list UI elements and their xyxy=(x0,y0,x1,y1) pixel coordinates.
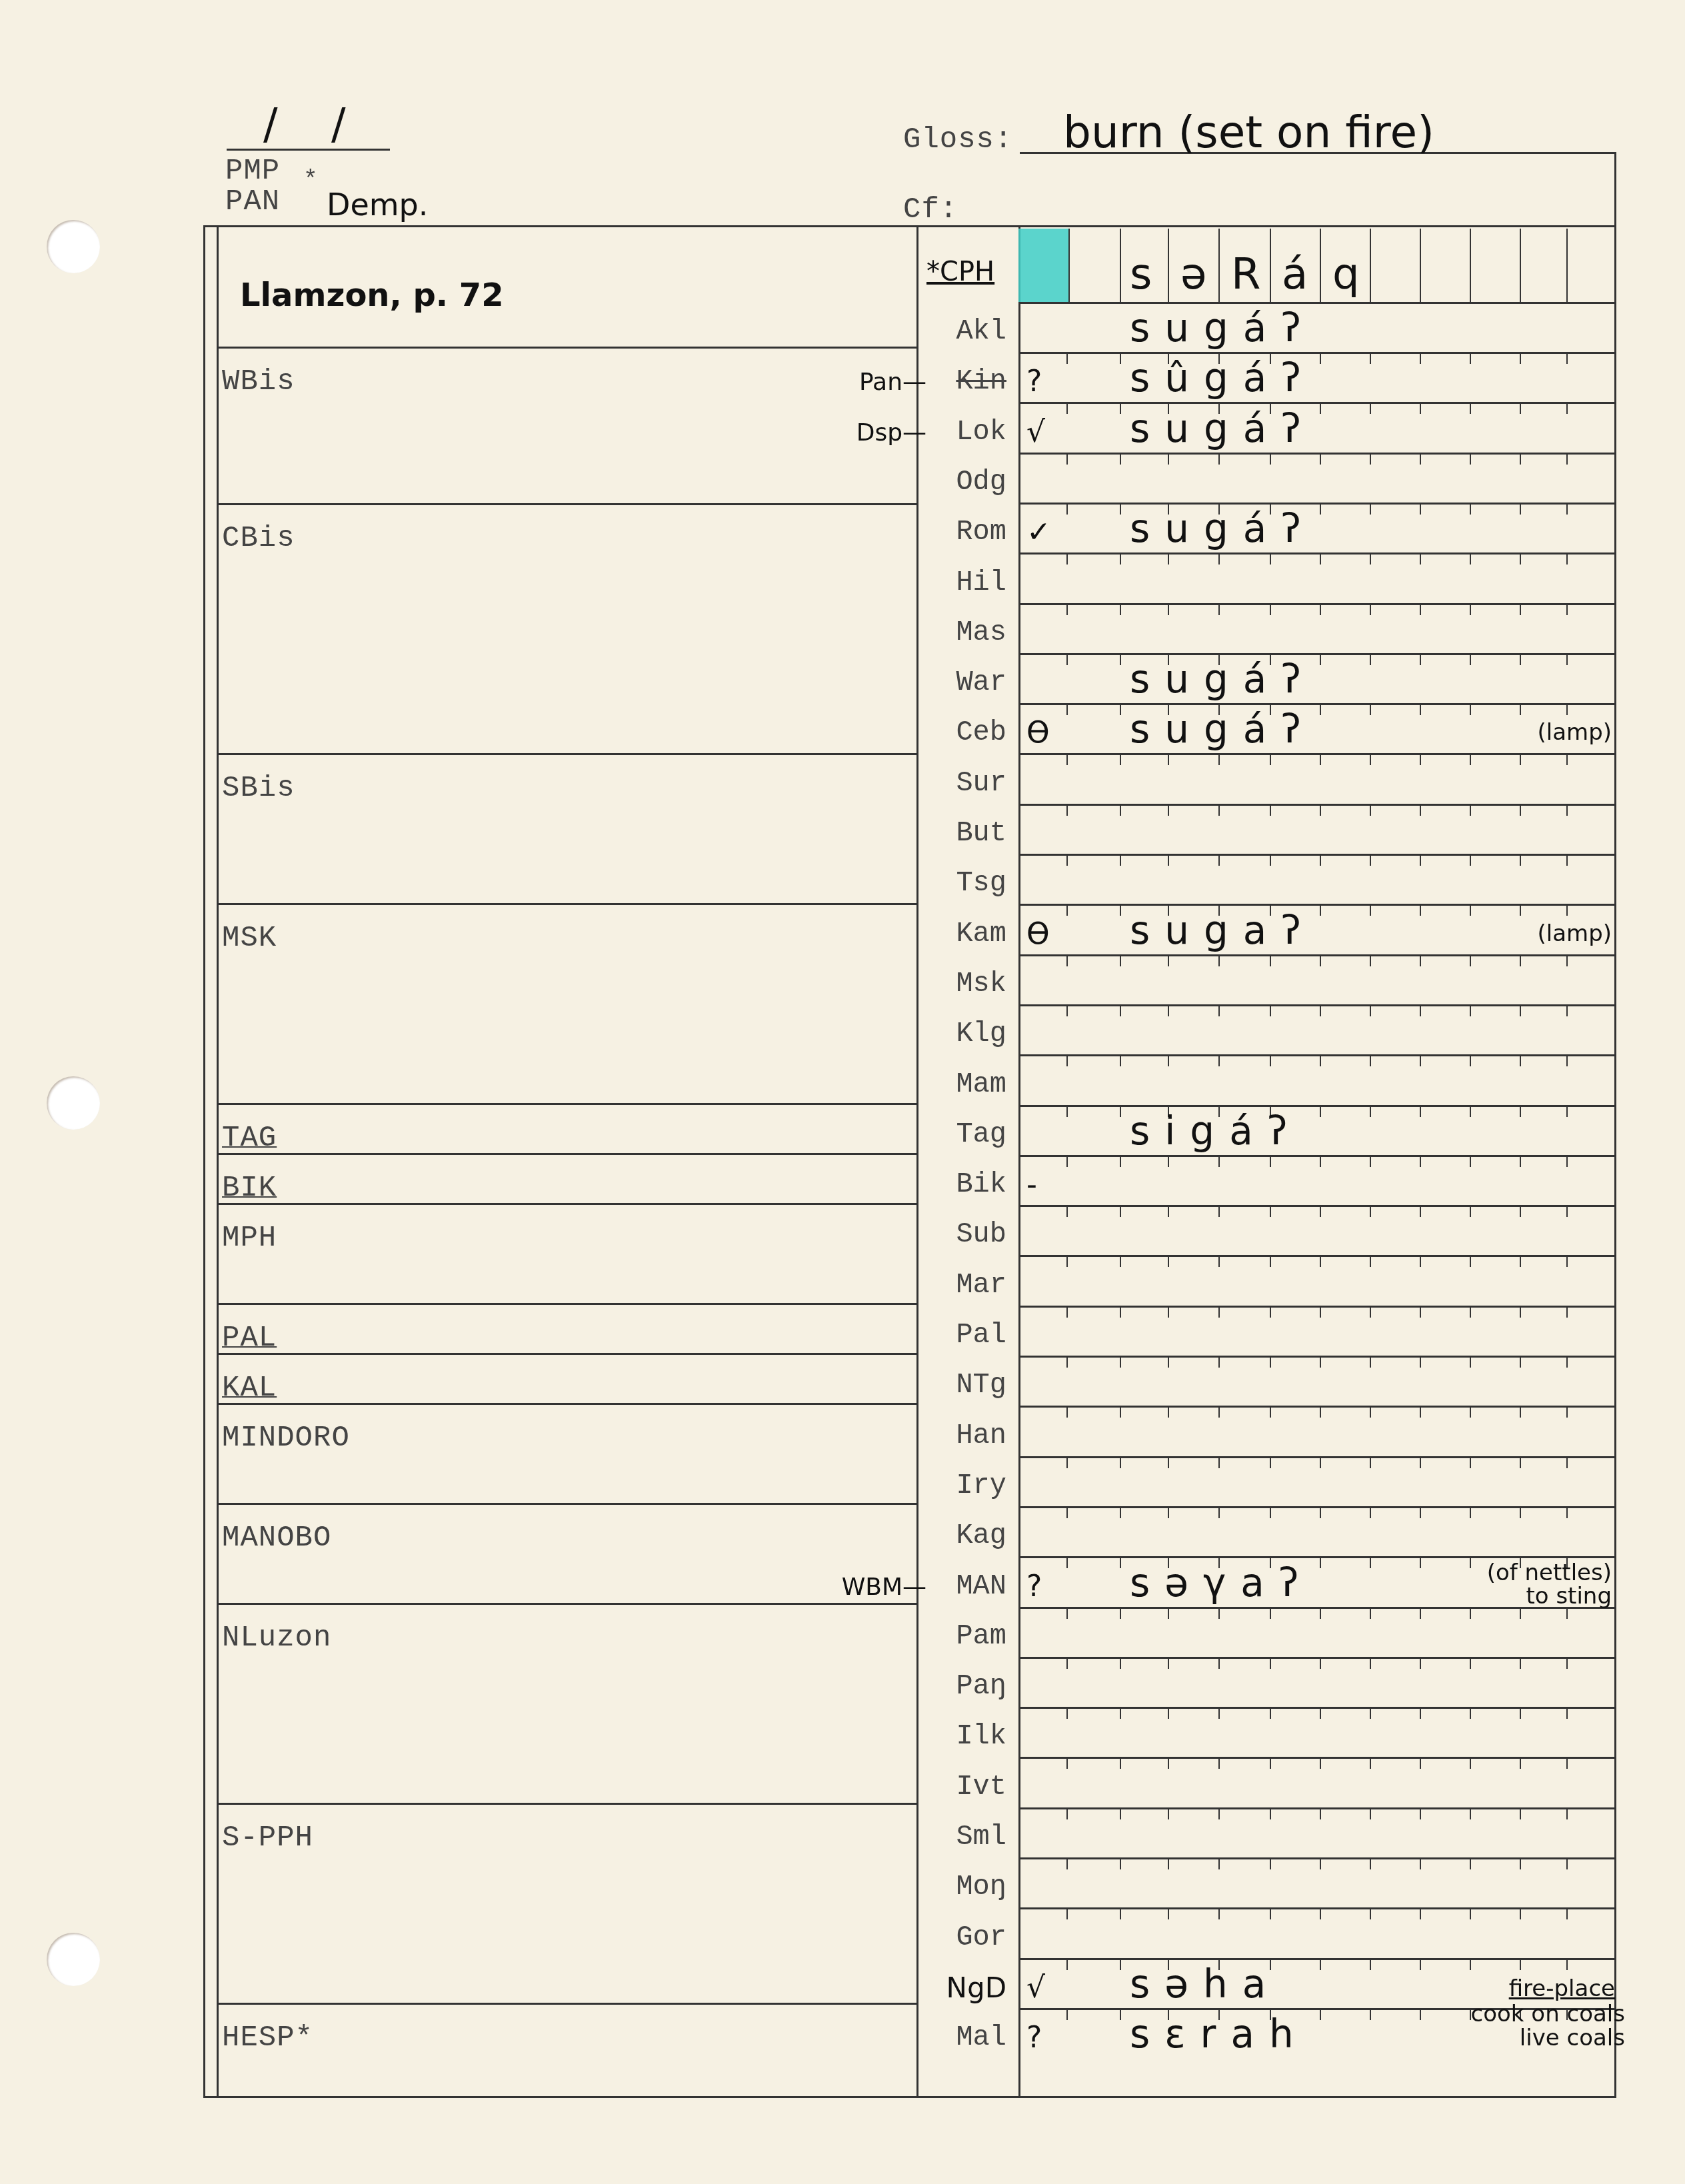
cf-label: Cf: xyxy=(903,193,958,227)
lang-row-line xyxy=(1018,1306,1616,1308)
lang-row-line xyxy=(1018,1707,1616,1709)
grid-tick xyxy=(1218,1458,1220,1468)
lang-form: sɛrah xyxy=(1130,2011,1308,2057)
grid-tick xyxy=(1520,1859,1521,1869)
grid-tick xyxy=(1218,1357,1220,1368)
grid-tick xyxy=(1420,855,1421,866)
grid-tick xyxy=(1420,1256,1421,1267)
grid-tick xyxy=(1420,504,1421,515)
cph-cell-divider xyxy=(1218,229,1220,302)
grid-tick xyxy=(1218,454,1220,465)
region-divider-line xyxy=(217,2003,916,2005)
lang-side-note: Dsp— xyxy=(856,419,926,447)
grid-tick xyxy=(1120,1859,1121,1869)
grid-tick xyxy=(1320,1959,1321,1970)
grid-tick xyxy=(1470,654,1471,665)
grid-tick xyxy=(1066,1708,1068,1719)
lang-code-tsg: Tsg xyxy=(921,867,1006,899)
lang-code-tag: Tag xyxy=(921,1118,1006,1150)
grid-tick xyxy=(1520,1809,1521,1819)
grid-tick xyxy=(1168,1508,1169,1518)
cph-cell-divider xyxy=(1520,229,1521,302)
grid-tick xyxy=(1320,654,1321,665)
grid-tick xyxy=(1420,454,1421,465)
grid-tick xyxy=(1066,1809,1068,1819)
lang-row-line xyxy=(1018,1456,1616,1458)
grid-tick xyxy=(1120,2009,1121,2020)
lang-code-pal: Pal xyxy=(921,1319,1006,1351)
grid-tick xyxy=(1370,1357,1371,1368)
code-divider xyxy=(1018,225,1020,2098)
grid-tick xyxy=(1066,1307,1068,1318)
grid-tick xyxy=(1566,1909,1568,1919)
grid-tick xyxy=(1470,1407,1471,1418)
question-mark-icon: ? xyxy=(1026,365,1042,399)
grid-tick xyxy=(1066,1256,1068,1267)
grid-tick xyxy=(1420,1859,1421,1869)
grid-tick xyxy=(1520,855,1521,866)
grid-tick xyxy=(1066,855,1068,866)
grid-tick xyxy=(1566,604,1568,615)
grid-tick xyxy=(1370,905,1371,916)
grid-tick xyxy=(1270,1206,1271,1217)
grid-tick xyxy=(1520,704,1521,715)
lang-code-akl: Akl xyxy=(921,315,1006,347)
grid-tick xyxy=(1470,1708,1471,1719)
grid-tick xyxy=(1270,1909,1271,1919)
grid-tick xyxy=(1370,1708,1371,1719)
lang-form: sugáʔ xyxy=(1130,305,1316,351)
grid-tick xyxy=(1520,754,1521,765)
grid-tick xyxy=(1420,1106,1421,1117)
grid-tick xyxy=(1168,1909,1169,1919)
cph-label-text: *CPH xyxy=(926,257,994,287)
grid-tick xyxy=(1168,1608,1169,1619)
grid-tick xyxy=(1370,1508,1371,1518)
grid-tick xyxy=(1520,353,1521,364)
lang-row-line xyxy=(1018,1105,1616,1107)
grid-tick xyxy=(1370,754,1371,765)
region-label-cbis: CBis xyxy=(222,522,295,555)
grid-tick xyxy=(1066,704,1068,715)
grid-tick xyxy=(1470,1809,1471,1819)
grid-tick xyxy=(1566,1056,1568,1066)
grid-tick xyxy=(1218,1256,1220,1267)
lang-row-line xyxy=(1018,1155,1616,1157)
grid-tick xyxy=(1470,905,1471,916)
grid-tick xyxy=(1566,754,1568,765)
grid-tick xyxy=(1566,1006,1568,1016)
lang-form: sugáʔ xyxy=(1130,406,1316,451)
grid-tick xyxy=(1270,1758,1271,1769)
grid-tick xyxy=(1420,1608,1421,1619)
grid-tick xyxy=(1370,454,1371,465)
region-divider-line xyxy=(217,347,916,349)
grid-tick xyxy=(1270,1357,1271,1368)
grid-tick xyxy=(1420,554,1421,564)
grid-tick xyxy=(1420,403,1421,414)
grid-tick xyxy=(1470,1006,1471,1016)
region-divider-line xyxy=(217,753,916,755)
grid-tick xyxy=(1320,1256,1321,1267)
lang-row-line xyxy=(1018,1406,1616,1408)
lang-form: sugáʔ xyxy=(1130,506,1316,551)
region-label-pal: PAL xyxy=(222,1322,277,1355)
grid-tick xyxy=(1320,1206,1321,1217)
lang-code-bik: Bik xyxy=(921,1168,1006,1200)
region-label-tag: TAG xyxy=(222,1122,277,1155)
grid-tick xyxy=(1420,1558,1421,1568)
lang-code-mas: Mas xyxy=(921,616,1006,648)
pmp-label: PMP xyxy=(225,155,280,188)
cph-label: *CPH xyxy=(926,257,994,287)
grid-tick xyxy=(1120,1558,1121,1568)
crossed-circle-icon: ϴ xyxy=(1026,917,1050,951)
lang-row-line xyxy=(1018,603,1616,605)
grid-tick xyxy=(1066,1558,1068,1568)
grid-tick xyxy=(1120,1708,1121,1719)
lang-row-line xyxy=(1018,1958,1616,1960)
grid-tick xyxy=(1370,554,1371,564)
grid-tick xyxy=(1520,1708,1521,1719)
grid-tick xyxy=(1470,754,1471,765)
grid-tick xyxy=(1420,1909,1421,1919)
grid-tick xyxy=(1420,1458,1421,1468)
proto-underline xyxy=(227,149,390,151)
grid-tick xyxy=(1066,956,1068,966)
grid-tick xyxy=(1370,1959,1371,1970)
grid-tick xyxy=(1066,754,1068,765)
grid-tick xyxy=(1320,1056,1321,1066)
grid-tick xyxy=(1218,604,1220,615)
grid-tick xyxy=(1066,1006,1068,1016)
grid-tick xyxy=(1218,956,1220,966)
grid-tick xyxy=(1066,454,1068,465)
grid-tick xyxy=(1168,1809,1169,1819)
lang-row-line xyxy=(1018,1356,1616,1358)
grid-tick xyxy=(1066,504,1068,515)
grid-tick xyxy=(1218,754,1220,765)
grid-tick xyxy=(1168,1206,1169,1217)
lang-code-klg: Klg xyxy=(921,1018,1006,1050)
grid-tick xyxy=(1370,353,1371,364)
grid-tick xyxy=(1168,1658,1169,1669)
grid-tick xyxy=(1420,754,1421,765)
grid-tick xyxy=(1420,1809,1421,1819)
lang-row-line xyxy=(1018,1807,1616,1809)
checkmark-icon: √ xyxy=(1026,415,1045,449)
lang-code-lok: Lok xyxy=(921,416,1006,448)
grid-tick xyxy=(1120,1658,1121,1669)
grid-tick xyxy=(1066,1959,1068,1970)
grid-tick xyxy=(1218,1658,1220,1669)
grid-tick xyxy=(1270,754,1271,765)
grid-tick xyxy=(1320,1658,1321,1669)
grid-tick xyxy=(1566,554,1568,564)
grid-tick xyxy=(1420,956,1421,966)
grid-tick xyxy=(1566,1458,1568,1468)
grid-tick xyxy=(1168,1006,1169,1016)
lang-code-sub: Sub xyxy=(921,1218,1006,1250)
binder-hole-middle xyxy=(47,1076,100,1130)
grid-tick xyxy=(1520,454,1521,465)
grid-tick xyxy=(1320,905,1321,916)
grid-tick xyxy=(1120,1256,1121,1267)
cph-segment: á xyxy=(1282,250,1308,299)
grid-tick xyxy=(1520,504,1521,515)
grid-tick xyxy=(1320,1307,1321,1318)
grid-tick xyxy=(1566,956,1568,966)
grid-tick xyxy=(1270,855,1271,866)
grid-tick xyxy=(1566,1859,1568,1869)
grid-tick xyxy=(1270,1256,1271,1267)
grid-tick xyxy=(1168,1407,1169,1418)
grid-tick xyxy=(1066,1458,1068,1468)
grid-tick xyxy=(1566,1508,1568,1518)
grid-tick xyxy=(1168,1156,1169,1167)
grid-tick xyxy=(1370,1407,1371,1418)
grid-tick xyxy=(1470,855,1471,866)
region-label-manobo: MANOBO xyxy=(222,1522,331,1555)
grid-tick xyxy=(1120,1206,1121,1217)
grid-tick xyxy=(1470,554,1471,564)
grid-tick xyxy=(1168,1307,1169,1318)
region-label-mindoro: MINDORO xyxy=(222,1422,350,1455)
grid-tick xyxy=(1470,403,1471,414)
region-label-mph: MPH xyxy=(222,1222,277,1255)
grid-tick xyxy=(1066,1407,1068,1418)
grid-tick xyxy=(1470,1558,1471,1568)
grid-tick xyxy=(1520,1156,1521,1167)
grid-tick xyxy=(1370,1206,1371,1217)
grid-tick xyxy=(1520,1508,1521,1518)
grid-tick xyxy=(1320,504,1321,515)
grid-tick xyxy=(1370,1859,1371,1869)
grid-tick xyxy=(1420,1508,1421,1518)
grid-tick xyxy=(1218,1056,1220,1066)
grid-tick xyxy=(1168,554,1169,564)
checkmark-icon: √ xyxy=(1026,1971,1045,2005)
grid-tick xyxy=(1218,1909,1220,1919)
grid-tick xyxy=(1520,1658,1521,1669)
grid-tick xyxy=(1066,1909,1068,1919)
lang-code-ngd: NgD xyxy=(921,1971,1006,2004)
lang-code-han: Han xyxy=(921,1420,1006,1452)
grid-tick xyxy=(1320,1407,1321,1418)
grid-tick xyxy=(1470,1256,1471,1267)
lang-note: (lamp) xyxy=(1537,922,1612,946)
grid-tick xyxy=(1566,1307,1568,1318)
grid-tick xyxy=(1120,504,1121,515)
grid-tick xyxy=(1320,956,1321,966)
grid-tick xyxy=(1470,1959,1471,1970)
grid-tick xyxy=(1520,554,1521,564)
grid-tick xyxy=(1566,704,1568,715)
asterisk: * xyxy=(303,167,319,194)
grid-tick xyxy=(1370,1106,1371,1117)
grid-tick xyxy=(1120,554,1121,564)
grid-tick xyxy=(1218,1156,1220,1167)
grid-tick xyxy=(1270,1859,1271,1869)
grid-tick xyxy=(1168,1256,1169,1267)
grid-tick xyxy=(1566,905,1568,916)
grid-tick xyxy=(1320,604,1321,615)
grid-tick xyxy=(1120,1357,1121,1368)
grid-tick xyxy=(1120,855,1121,866)
lang-form: səha xyxy=(1130,1961,1280,2007)
grid-tick xyxy=(1520,1206,1521,1217)
grid-tick xyxy=(1066,2009,1068,2020)
grid-tick xyxy=(1168,1758,1169,1769)
grid-tick xyxy=(1470,1758,1471,1769)
grid-tick xyxy=(1420,1708,1421,1719)
grid-tick xyxy=(1566,1256,1568,1267)
lang-form: sugáʔ xyxy=(1130,706,1316,752)
grid-tick xyxy=(1270,956,1271,966)
grid-tick xyxy=(1370,403,1371,414)
lang-code-kag: Kag xyxy=(921,1520,1006,1552)
grid-tick xyxy=(1370,704,1371,715)
region-divider-line xyxy=(217,1353,916,1355)
grid-tick xyxy=(1520,1959,1521,1970)
grid-tick xyxy=(1120,353,1121,364)
grid-tick xyxy=(1520,1407,1521,1418)
grid-tick xyxy=(1420,654,1421,665)
lang-row-line xyxy=(1018,1857,1616,1859)
region-divider xyxy=(916,225,918,2098)
grid-tick xyxy=(1066,1156,1068,1167)
grid-tick xyxy=(1470,1357,1471,1368)
grid-tick xyxy=(1420,2009,1421,2020)
grid-tick xyxy=(1066,1859,1068,1869)
grid-tick xyxy=(1066,1608,1068,1619)
region-label-hesp: HESP* xyxy=(222,2021,313,2055)
grid-tick xyxy=(1520,1006,1521,1016)
grid-tick xyxy=(1120,1156,1121,1167)
grid-tick xyxy=(1420,1407,1421,1418)
lang-code-ilk: Ilk xyxy=(921,1720,1006,1752)
grid-tick xyxy=(1120,604,1121,615)
lang-form: səγaʔ xyxy=(1130,1560,1313,1606)
grid-tick xyxy=(1066,554,1068,564)
lang-code-ivt: Ivt xyxy=(921,1771,1006,1803)
lang-row-line xyxy=(1018,453,1616,455)
reference-note: Llamzon, p. 72 xyxy=(240,277,504,314)
lang-note: fire-place xyxy=(1509,1977,1615,2001)
grid-tick xyxy=(1566,353,1568,364)
lang-form: sûgáʔ xyxy=(1130,355,1316,401)
grid-tick xyxy=(1320,1508,1321,1518)
lang-row-line xyxy=(1018,854,1616,856)
cph-cell-divider xyxy=(1168,229,1169,302)
lang-code-rom: Rom xyxy=(921,516,1006,548)
lang-code-odg: Odg xyxy=(921,466,1006,498)
grid-tick xyxy=(1066,805,1068,816)
lang-row-line xyxy=(1018,904,1616,906)
lang-code-gor: Gor xyxy=(921,1921,1006,1953)
grid-tick xyxy=(1320,1708,1321,1719)
grid-tick xyxy=(1218,1006,1220,1016)
grid-tick xyxy=(1520,654,1521,665)
grid-tick xyxy=(1420,1959,1421,1970)
frame-top xyxy=(203,225,1616,227)
grid-tick xyxy=(1320,1608,1321,1619)
grid-tick xyxy=(1270,1006,1271,1016)
grid-tick xyxy=(1470,1206,1471,1217)
grid-tick xyxy=(1270,1508,1271,1518)
grid-tick xyxy=(1370,604,1371,615)
grid-tick xyxy=(1370,1809,1371,1819)
grid-tick xyxy=(1320,1758,1321,1769)
grid-tick xyxy=(1320,1106,1321,1117)
grid-tick xyxy=(1168,754,1169,765)
grid-tick xyxy=(1120,654,1121,665)
lang-code-ceb: Ceb xyxy=(921,716,1006,748)
grid-tick xyxy=(1120,704,1121,715)
grid-tick xyxy=(1066,1056,1068,1066)
grid-tick xyxy=(1120,1608,1121,1619)
lang-side-note: WBM— xyxy=(842,1574,926,1601)
grid-tick xyxy=(1066,1106,1068,1117)
grid-tick xyxy=(1370,654,1371,665)
grid-tick xyxy=(1320,403,1321,414)
grid-tick xyxy=(1470,604,1471,615)
grid-tick xyxy=(1520,1758,1521,1769)
grid-tick xyxy=(1168,956,1169,966)
grid-tick xyxy=(1370,1608,1371,1619)
region-divider-line xyxy=(217,1103,916,1105)
lang-row-line xyxy=(1018,352,1616,354)
grid-tick xyxy=(1420,1658,1421,1669)
gloss-label: Gloss: xyxy=(903,123,1012,157)
grid-tick xyxy=(1168,604,1169,615)
grid-tick xyxy=(1270,1708,1271,1719)
grid-tick xyxy=(1120,1106,1121,1117)
grid-tick xyxy=(1218,855,1220,866)
cph-segment: q xyxy=(1332,250,1360,299)
grid-tick xyxy=(1120,1959,1121,1970)
crossed-circle-icon: ϴ xyxy=(1026,716,1050,750)
lang-code-sur: Sur xyxy=(921,767,1006,799)
grid-tick xyxy=(1218,1809,1220,1819)
lang-row-line xyxy=(1018,402,1616,404)
grid-tick xyxy=(1066,604,1068,615)
grid-tick xyxy=(1270,1307,1271,1318)
grid-tick xyxy=(1566,504,1568,515)
grid-tick xyxy=(1120,905,1121,916)
grid-tick xyxy=(1066,1357,1068,1368)
grid-tick xyxy=(1566,805,1568,816)
lang-row-line xyxy=(1018,804,1616,806)
grid-tick xyxy=(1320,1006,1321,1016)
lang-row-line xyxy=(1018,1506,1616,1508)
grid-tick xyxy=(1470,504,1471,515)
grid-tick xyxy=(1320,1357,1321,1368)
gloss-value: burn (set on fire) xyxy=(1063,107,1434,158)
grid-tick xyxy=(1120,754,1121,765)
grid-tick xyxy=(1566,1809,1568,1819)
grid-tick xyxy=(1270,554,1271,564)
lang-code-paŋ: Paŋ xyxy=(921,1670,1006,1702)
protoform-source: Demp. xyxy=(327,187,428,223)
grid-tick xyxy=(1120,1758,1121,1769)
lang-form: sigáʔ xyxy=(1130,1108,1302,1154)
grid-tick xyxy=(1320,1156,1321,1167)
grid-tick xyxy=(1370,1558,1371,1568)
grid-tick xyxy=(1168,1357,1169,1368)
grid-tick xyxy=(1420,1206,1421,1217)
grid-tick xyxy=(1470,1859,1471,1869)
